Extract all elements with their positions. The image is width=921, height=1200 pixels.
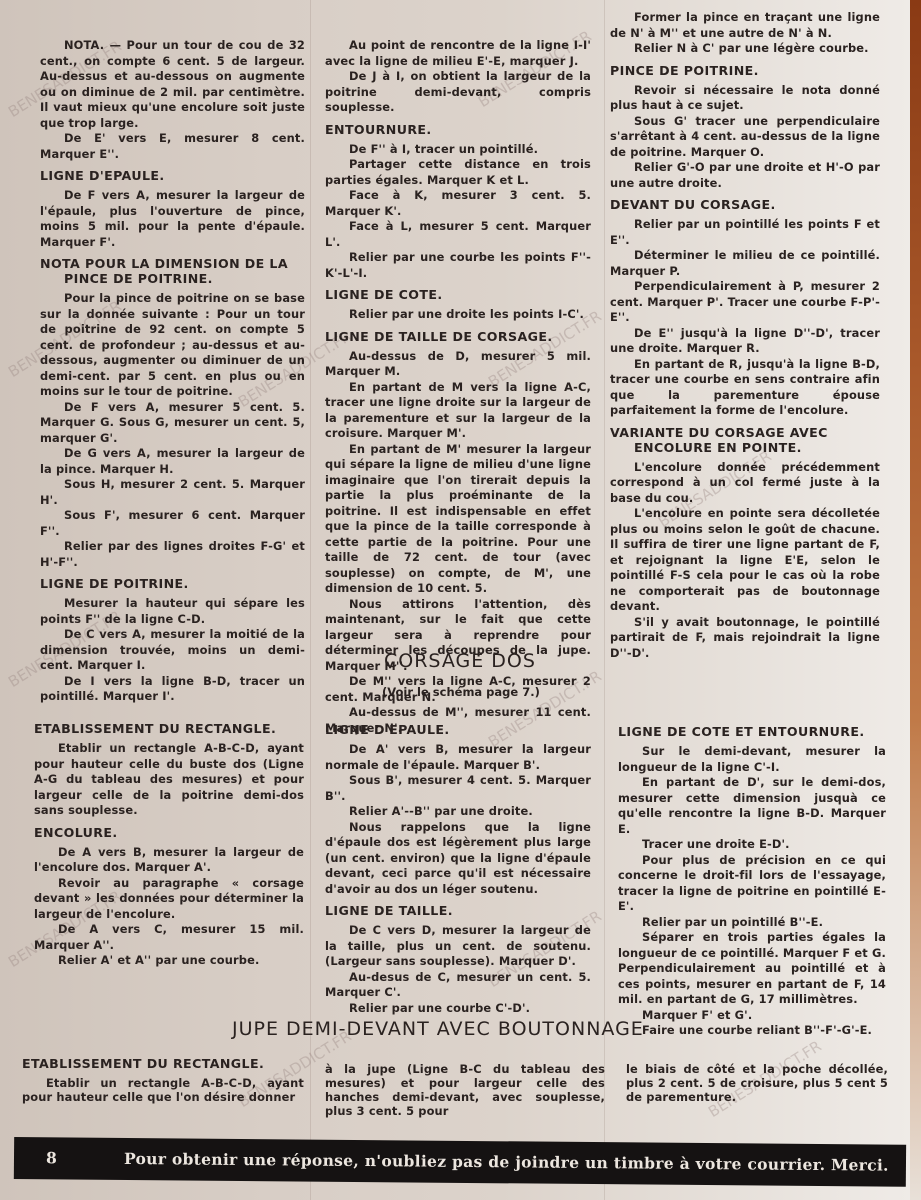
paragraph: S'il y avait boutonnage, le pointillé pa… <box>610 615 880 662</box>
table-edge <box>910 0 921 1200</box>
paragraph: Relier par une droite les points I-C'. <box>325 307 591 323</box>
paragraph: Faire une courbe reliant B''-F'-G'-E. <box>618 1023 886 1039</box>
subheading: DEVANT DU CORSAGE. <box>610 197 880 212</box>
paragraph: Etablir un rectangle A-B-C-D, ayant pour… <box>34 741 304 819</box>
paragraph: En partant de D', sur le demi-dos, mesur… <box>618 775 886 837</box>
paragraph: Au-desus de C, mesurer un cent. 5. Marqu… <box>325 970 591 1001</box>
paragraph: De C vers D, mesurer la largeur de la ta… <box>325 923 591 970</box>
paragraph: De A' vers B, mesurer la largeur normale… <box>325 742 591 773</box>
subheading: VARIANTE DU CORSAGE AVEC ENCOLURE EN POI… <box>610 425 880 455</box>
paragraph: De E'' jusqu'à la ligne D''-D', tracer u… <box>610 326 880 357</box>
paragraph: De G vers A, mesurer la largeur de la pi… <box>40 446 305 477</box>
column-skirt-3: le biais de côté et la poche décollée, p… <box>626 1062 888 1104</box>
paragraph: Relier par un pointillé les points F et … <box>610 217 880 248</box>
paragraph: De A vers C, mesurer 15 mil. Marquer A''… <box>34 922 304 953</box>
column-skirt-1: ETABLISSEMENT DU RECTANGLE.Etablir un re… <box>22 1050 304 1104</box>
paragraph: De F'' à I, tracer un pointillé. <box>325 142 591 158</box>
subheading: ENCOLURE. <box>34 825 304 840</box>
paragraph: De F vers A, mesurer 5 cent. 5. Marquer … <box>40 400 305 447</box>
subheading: LIGNE DE COTE ET ENTOURNURE. <box>618 724 886 739</box>
subheading: LIGNE DE TAILLE. <box>325 903 591 918</box>
paragraph: Perpendiculairement à P, mesurer 2 cent.… <box>610 279 880 326</box>
subheading: LIGNE DE TAILLE DE CORSAGE. <box>325 329 591 344</box>
paragraph: Revoir au paragraphe « corsage devant » … <box>34 876 304 923</box>
footer-banner: 8 Pour obtenir une réponse, n'oubliez pa… <box>14 1137 906 1187</box>
column-front-bodice-2: Au point de rencontre de la ligne I-I' a… <box>325 38 591 736</box>
paragraph: De I vers la ligne B-D, tracer un pointi… <box>40 674 305 705</box>
paragraph: L'encolure en pointe sera décolletée plu… <box>610 506 880 615</box>
paragraph: L'encolure donnée précédemment correspon… <box>610 460 880 507</box>
subheading: LIGNE D'EPAULE. <box>40 168 305 183</box>
column-skirt-2: à la jupe (Ligne B-C du tableau des mesu… <box>325 1062 605 1118</box>
subheading: LIGNE DE COTE. <box>325 287 591 302</box>
subheading: ETABLISSEMENT DU RECTANGLE. <box>34 721 304 736</box>
section-subtitle: (Voir le schéma page 7.) <box>382 685 540 699</box>
paragraph: Relier par une courbe C'-D'. <box>325 1001 591 1017</box>
column-back-bodice-3: LIGNE DE COTE ET ENTOURNURE.Sur le demi-… <box>618 718 886 1039</box>
paragraph: Face à L, mesurer 5 cent. Marquer L'. <box>325 219 591 250</box>
paragraph: Sous B', mesurer 4 cent. 5. Marquer B''. <box>325 773 591 804</box>
column-front-bodice-3: Former la pince en traçant une ligne de … <box>610 10 880 661</box>
paragraph: NOTA. — Pour un tour de cou de 32 cent.,… <box>40 38 305 131</box>
column-back-bodice-2: LIGNE D'EPAULE.De A' vers B, mesurer la … <box>325 716 591 1016</box>
paragraph: Nous rappelons que la ligne d'épaule dos… <box>325 820 591 898</box>
page-number: 8 <box>46 1148 57 1167</box>
paragraph: De E' vers E, mesurer 8 cent. Marquer E'… <box>40 131 305 162</box>
paragraph: Sous G' tracer une perpendiculaire s'arr… <box>610 114 880 161</box>
paragraph: Relier A' et A'' par une courbe. <box>34 953 304 969</box>
paragraph: De C vers A, mesurer la moitié de la dim… <box>40 627 305 674</box>
section-title-corsage-dos: CORSAGE DOS <box>384 650 536 672</box>
paragraph: En partant de M vers la ligne A-C, trace… <box>325 380 591 442</box>
paragraph: En partant de M' mesurer la largeur qui … <box>325 442 591 597</box>
paragraph: Relier par un pointillé B''-E. <box>618 915 886 931</box>
paragraph: Sous F', mesurer 6 cent. Marquer F''. <box>40 508 305 539</box>
paragraph: Au point de rencontre de la ligne I-I' a… <box>325 38 591 69</box>
paragraph: Pour plus de précision en ce qui concern… <box>618 853 886 915</box>
paragraph: Relier N à C' par une légère courbe. <box>610 41 880 57</box>
paragraph: Au-dessus de D, mesurer 5 mil. Marquer M… <box>325 349 591 380</box>
paragraph: En partant de R, jusqu'à la ligne B-D, t… <box>610 357 880 419</box>
column-back-bodice-1: ETABLISSEMENT DU RECTANGLE.Etablir un re… <box>34 715 304 969</box>
paragraph: Face à K, mesurer 3 cent. 5. Marquer K'. <box>325 188 591 219</box>
paragraph: Sous H, mesurer 2 cent. 5. Marquer H'. <box>40 477 305 508</box>
subheading: LIGNE D'EPAULE. <box>325 722 591 737</box>
paragraph: Relier G'-O par une droite et H'-O par u… <box>610 160 880 191</box>
paragraph: Relier A'--B'' par une droite. <box>325 804 591 820</box>
paragraph: Relier par des lignes droites F-G' et H'… <box>40 539 305 570</box>
paragraph: Déterminer le milieu de ce pointillé. Ma… <box>610 248 880 279</box>
subheading: PINCE DE POITRINE. <box>610 63 880 78</box>
subheading: ENTOURNURE. <box>325 122 591 137</box>
subheading: NOTA POUR LA DIMENSION DE LA PINCE DE PO… <box>40 256 305 286</box>
paragraph: Partager cette distance en trois parties… <box>325 157 591 188</box>
footer-message: Pour obtenir une réponse, n'oubliez pas … <box>124 1149 889 1175</box>
paragraph: Tracer une droite E-D'. <box>618 837 886 853</box>
paragraph: Séparer en trois parties égales la longu… <box>618 930 886 1008</box>
paragraph: Former la pince en traçant une ligne de … <box>610 10 880 41</box>
paragraph: Marquer F' et G'. <box>618 1008 886 1024</box>
column-front-bodice-1: NOTA. — Pour un tour de cou de 32 cent.,… <box>40 38 305 705</box>
paragraph: Revoir si nécessaire le nota donné plus … <box>610 83 880 114</box>
paragraph: Mesurer la hauteur qui sépare les points… <box>40 596 305 627</box>
section-title-jupe: JUPE DEMI-DEVANT AVEC BOUTONNAGE <box>232 1018 644 1040</box>
paragraph: à la jupe (Ligne B-C du tableau des mesu… <box>325 1062 605 1118</box>
paragraph: Relier par une courbe les points F''-K'-… <box>325 250 591 281</box>
paragraph: Etablir un rectangle A-B-C-D, ayant pour… <box>22 1076 304 1104</box>
paragraph: le biais de côté et la poche décollée, p… <box>626 1062 888 1104</box>
paragraph: De F vers A, mesurer la largeur de l'épa… <box>40 188 305 250</box>
paragraph: De A vers B, mesurer la largeur de l'enc… <box>34 845 304 876</box>
paragraph: Pour la pince de poitrine on se base sur… <box>40 291 305 400</box>
subheading: LIGNE DE POITRINE. <box>40 576 305 591</box>
paragraph: De J à I, on obtient la largeur de la po… <box>325 69 591 116</box>
subheading: ETABLISSEMENT DU RECTANGLE. <box>22 1056 304 1071</box>
paragraph: Sur le demi-devant, mesurer la longueur … <box>618 744 886 775</box>
